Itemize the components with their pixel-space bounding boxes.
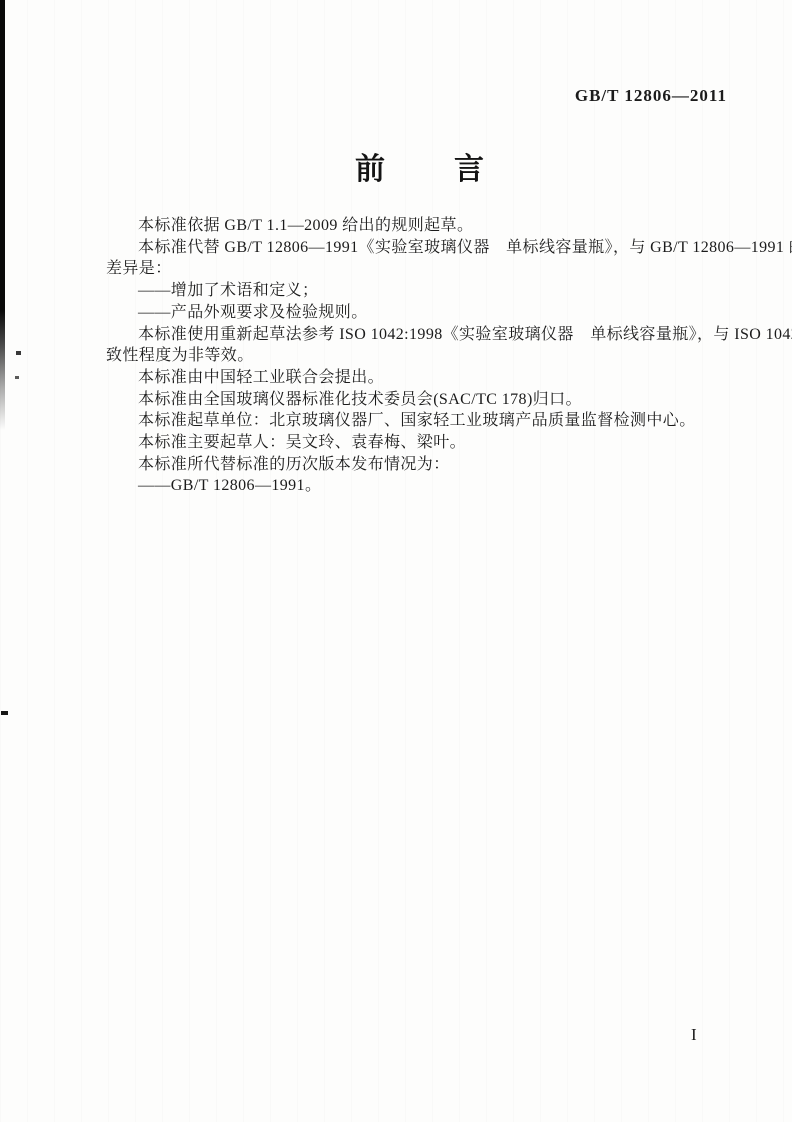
foreword-line: ——增加了术语和定义； xyxy=(106,280,746,302)
foreword-line: 差异是： xyxy=(106,258,746,280)
foreword-line: 本标准起草单位：北京玻璃仪器厂、国家轻工业玻璃产品质量监督检测中心。 xyxy=(106,410,746,432)
foreword-line: 本标准由中国轻工业联合会提出。 xyxy=(106,367,746,389)
scan-artifact-speck xyxy=(15,376,19,379)
document-page: GB/T 12806—2011 前 言 本标准依据 GB/T 1.1—2009 … xyxy=(0,0,792,1122)
foreword-line: 本标准代替 GB/T 12806—1991《实验室玻璃仪器 单标线容量瓶》，与 … xyxy=(106,237,746,259)
page-title: 前 言 xyxy=(106,144,736,188)
foreword-line: 本标准主要起草人：吴文玲、袁春梅、梁叶。 xyxy=(106,432,746,454)
page-number: I xyxy=(691,1025,697,1045)
foreword-line: ——GB/T 12806—1991。 xyxy=(106,475,746,497)
scan-artifact-speck xyxy=(16,351,21,355)
scan-artifact-speck xyxy=(1,711,8,715)
foreword-line: 致性程度为非等效。 xyxy=(106,345,746,367)
foreword-line: 本标准由全国玻璃仪器标准化技术委员会(SAC/TC 178)归口。 xyxy=(106,389,746,411)
foreword-line: 本标准所代替标准的历次版本发布情况为： xyxy=(106,454,746,476)
standard-code: GB/T 12806—2011 xyxy=(575,86,727,106)
foreword-line: ——产品外观要求及检验规则。 xyxy=(106,302,746,324)
foreword-line: 本标准使用重新起草法参考 ISO 1042:1998《实验室玻璃仪器 单标线容量… xyxy=(106,324,746,346)
foreword-body: 本标准依据 GB/T 1.1—2009 给出的规则起草。 本标准代替 GB/T … xyxy=(106,215,746,497)
foreword-line: 本标准依据 GB/T 1.1—2009 给出的规则起草。 xyxy=(106,215,746,237)
scan-artifact-left-bar xyxy=(0,0,5,430)
